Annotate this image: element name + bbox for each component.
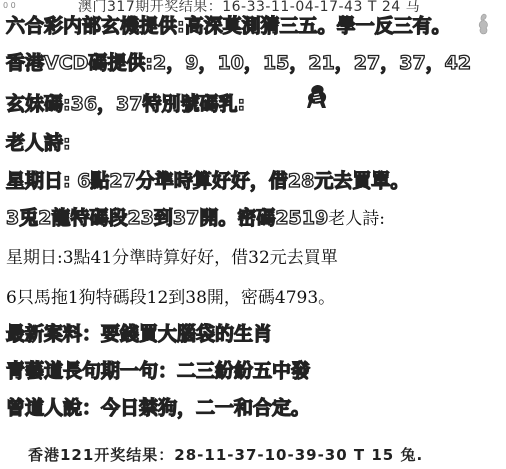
poem-label-plain: 老人詩: [328, 209, 385, 229]
line-special-codes: 玄妹碼:36，37特別號碼乳: [6, 89, 245, 116]
tiger-figure-icon [305, 83, 331, 111]
line-daoist-phrase: 青藝道長句期一句：二三紛紛五中發 [6, 356, 310, 383]
line-sunday-clue-2: 星期日:3點41分準時算好好，借32元去買單 [6, 243, 338, 268]
line-inside-info: 六合彩内部玄機提供:高深莫測猜三五。學一反三有。 [6, 11, 451, 38]
corner-marks: 0 0 [3, 1, 16, 10]
dragon-figure-icon [474, 12, 494, 36]
hk-result-footer: 香港121开奖结果：28-11-37-10-39-30 T 15 兔. [28, 444, 423, 465]
range-outline-text: 3兎2龍特碼段23到37開。密碼2519 [6, 207, 328, 229]
line-zeng-daoren: 曾道人說：今日禁狗，二一和合定。 [6, 393, 310, 420]
line-vcd-codes: 香港VCD碼提供:2，9，10，15，21，27，37，42 [6, 48, 471, 75]
line-old-man-poem-label: 老人詩: [6, 128, 71, 155]
line-sunday-clue-1: 星期日: 6點27分準時算好好，借28元去買單。 [6, 166, 409, 193]
line-latest-material: 最新案料：要錢買大腦袋的生肖 [6, 319, 272, 346]
line-special-range-1: 3兎2龍特碼段23到37開。密碼2519老人詩: [6, 203, 385, 230]
line-special-range-2: 6只馬拖1狗特碼段12到38開，密碼4793。 [6, 283, 335, 308]
